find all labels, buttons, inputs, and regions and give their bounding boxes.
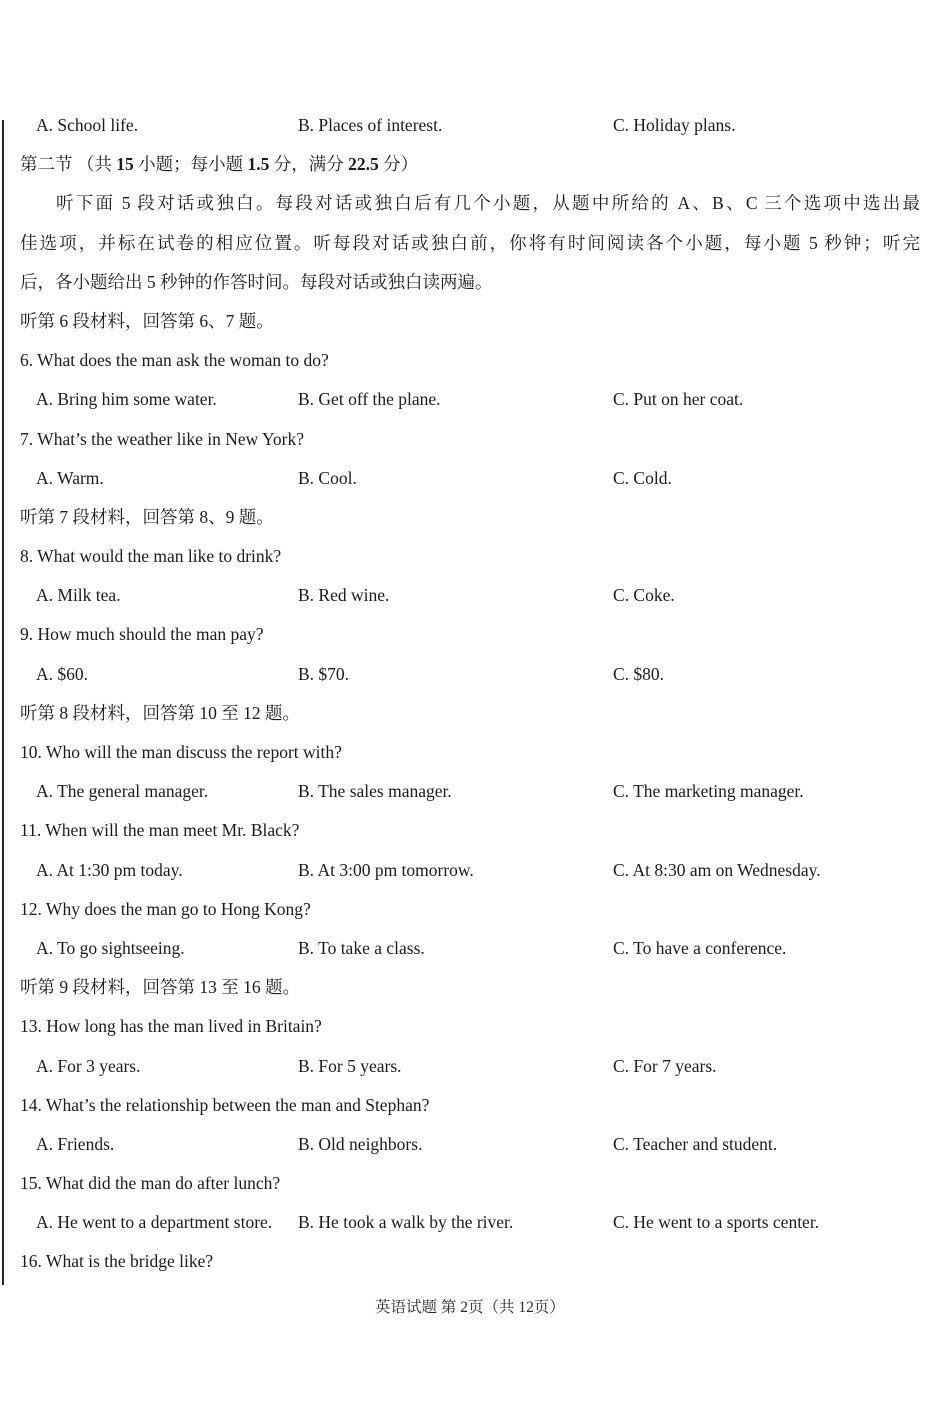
- option-14-b: B. Old neighbors.: [298, 1125, 422, 1164]
- option-10-a: A. The general manager.: [36, 772, 208, 811]
- question-15-options-row: A. He went to a department store. B. He …: [20, 1203, 920, 1242]
- question-12: 12. Why does the man go to Hong Kong?: [20, 890, 920, 929]
- listen-header-segment-9: 听第 9 段材料，回答第 13 至 16 题。: [20, 968, 920, 1007]
- option-10-b: B. The sales manager.: [298, 772, 452, 811]
- option-12-b: B. To take a class.: [298, 929, 425, 968]
- question-5-options-row: A. School life. B. Places of interest. C…: [20, 106, 920, 145]
- option-15-a: A. He went to a department store.: [36, 1203, 272, 1242]
- question-9: 9. How much should the man pay?: [20, 615, 920, 654]
- option-10-c: C. The marketing manager.: [613, 772, 804, 811]
- question-16: 16. What is the bridge like?: [20, 1242, 920, 1281]
- instructions-line-3: 后，各小题给出 5 秒钟的作答时间。每段对话或独白读两遍。: [20, 263, 920, 302]
- option-15-b: B. He took a walk by the river.: [298, 1203, 513, 1242]
- heading-text: 分）: [379, 154, 418, 174]
- option-11-a: A. At 1:30 pm today.: [36, 851, 183, 890]
- option-5-b: B. Places of interest.: [298, 106, 442, 145]
- option-11-c: C. At 8:30 am on Wednesday.: [613, 851, 821, 890]
- question-15: 15. What did the man do after lunch?: [20, 1164, 920, 1203]
- heading-per-score: 1.5: [248, 154, 270, 174]
- instructions-line-2: 佳选项，并标在试卷的相应位置。听每段对话或独白前，你将有时间阅读各个小题，每小题…: [20, 224, 920, 263]
- heading-count: 15: [116, 154, 134, 174]
- option-8-c: C. Coke.: [613, 576, 675, 615]
- option-6-c: C. Put on her coat.: [613, 380, 743, 419]
- page-content: A. School life. B. Places of interest. C…: [20, 106, 920, 1282]
- option-9-a: A. $60.: [36, 655, 88, 694]
- option-13-b: B. For 5 years.: [298, 1047, 402, 1086]
- option-15-c: C. He went to a sports center.: [613, 1203, 819, 1242]
- question-9-options-row: A. $60. B. $70. C. $80.: [20, 655, 920, 694]
- listen-header-segment-8: 听第 8 段材料，回答第 10 至 12 题。: [20, 694, 920, 733]
- option-9-b: B. $70.: [298, 655, 349, 694]
- option-14-a: A. Friends.: [36, 1125, 114, 1164]
- option-8-a: A. Milk tea.: [36, 576, 121, 615]
- option-5-c: C. Holiday plans.: [613, 106, 736, 145]
- option-7-a: A. Warm.: [36, 459, 104, 498]
- question-11-options-row: A. At 1:30 pm today. B. At 3:00 pm tomor…: [20, 851, 920, 890]
- option-5-a: A. School life.: [36, 106, 138, 145]
- instructions-line-1: 听下面 5 段对话或独白。每段对话或独白后有几个小题，从题中所给的 A、B、C …: [20, 184, 920, 223]
- option-7-b: B. Cool.: [298, 459, 357, 498]
- option-13-c: C. For 7 years.: [613, 1047, 717, 1086]
- heading-total-score: 22.5: [348, 154, 379, 174]
- question-6-options-row: A. Bring him some water. B. Get off the …: [20, 380, 920, 419]
- option-8-b: B. Red wine.: [298, 576, 389, 615]
- option-6-b: B. Get off the plane.: [298, 380, 441, 419]
- heading-text: 小题；每小题: [134, 154, 248, 174]
- option-7-c: C. Cold.: [613, 459, 672, 498]
- question-12-options-row: A. To go sightseeing. B. To take a class…: [20, 929, 920, 968]
- option-12-a: A. To go sightseeing.: [36, 929, 185, 968]
- question-13-options-row: A. For 3 years. B. For 5 years. C. For 7…: [20, 1047, 920, 1086]
- question-8: 8. What would the man like to drink?: [20, 537, 920, 576]
- question-10: 10. Who will the man discuss the report …: [20, 733, 920, 772]
- scan-edge-line: [2, 120, 4, 1285]
- listen-header-segment-6: 听第 6 段材料，回答第 6、7 题。: [20, 302, 920, 341]
- question-13: 13. How long has the man lived in Britai…: [20, 1007, 920, 1046]
- question-6: 6. What does the man ask the woman to do…: [20, 341, 920, 380]
- listen-header-segment-7: 听第 7 段材料，回答第 8、9 题。: [20, 498, 920, 537]
- question-14-options-row: A. Friends. B. Old neighbors. C. Teacher…: [20, 1125, 920, 1164]
- option-9-c: C. $80.: [613, 655, 664, 694]
- page-footer: 英语试题 第 2页（共 12页）: [20, 1296, 920, 1320]
- question-11: 11. When will the man meet Mr. Black?: [20, 811, 920, 850]
- question-7: 7. What’s the weather like in New York?: [20, 420, 920, 459]
- option-11-b: B. At 3:00 pm tomorrow.: [298, 851, 474, 890]
- option-13-a: A. For 3 years.: [36, 1047, 141, 1086]
- question-14: 14. What’s the relationship between the …: [20, 1086, 920, 1125]
- question-7-options-row: A. Warm. B. Cool. C. Cold.: [20, 459, 920, 498]
- question-10-options-row: A. The general manager. B. The sales man…: [20, 772, 920, 811]
- section-2-heading: 第二节 （共 15 小题；每小题 1.5 分，满分 22.5 分）: [20, 145, 920, 184]
- option-6-a: A. Bring him some water.: [36, 380, 217, 419]
- exam-paper-page: A. School life. B. Places of interest. C…: [0, 0, 938, 1403]
- heading-text: 第二节 （共: [20, 154, 116, 174]
- question-8-options-row: A. Milk tea. B. Red wine. C. Coke.: [20, 576, 920, 615]
- option-14-c: C. Teacher and student.: [613, 1125, 777, 1164]
- heading-text: 分，满分: [269, 154, 348, 174]
- option-12-c: C. To have a conference.: [613, 929, 786, 968]
